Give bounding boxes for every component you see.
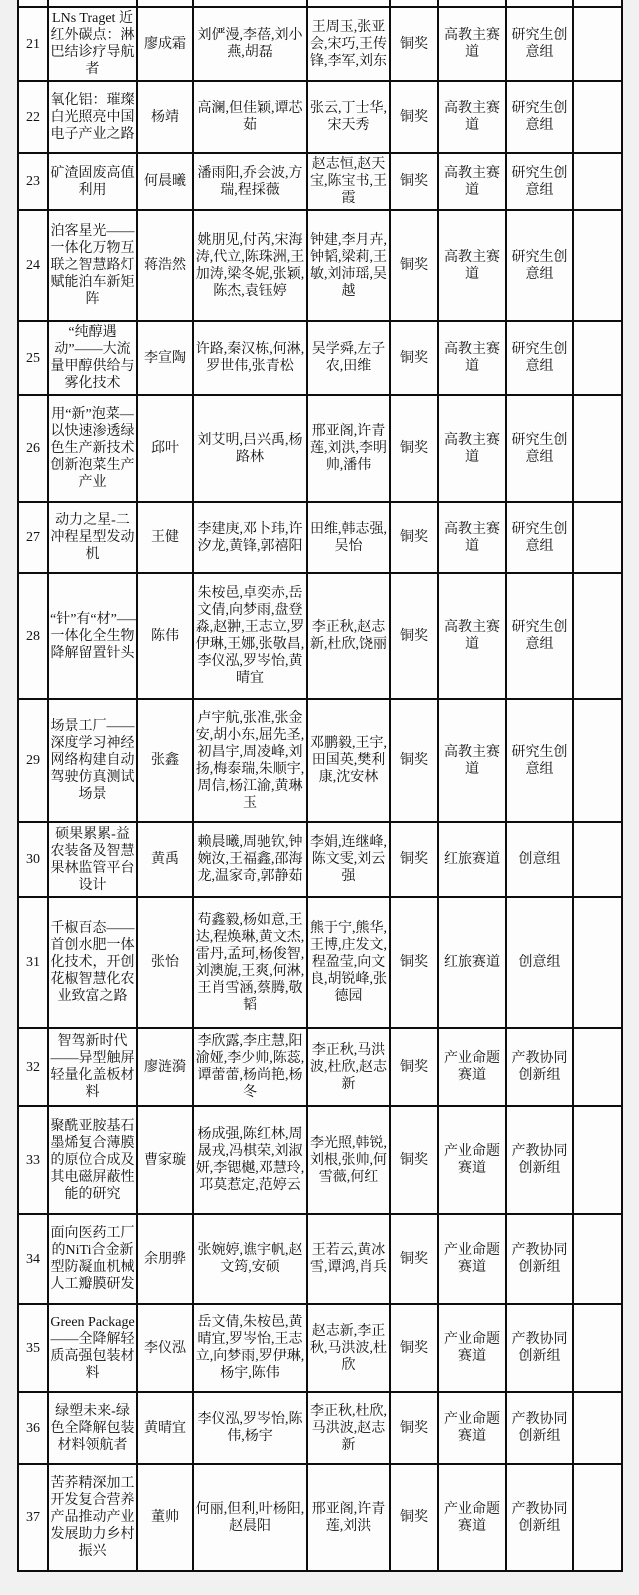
cell-num: 28 — [18, 573, 48, 699]
cell-extra — [573, 1304, 622, 1392]
cell-extra — [573, 7, 622, 81]
table-row: 30硕果累累-益农装备及智慧果林监管平台设计黄禹赖晨曦,周驰钦,钟婉汝,王福鑫,… — [18, 822, 622, 897]
cell-group: 产教协同创新组 — [506, 1106, 573, 1214]
cell-num: 24 — [18, 210, 48, 321]
cell-award: 铜奖 — [390, 1304, 438, 1392]
cell-project: 场景工厂——深度学习神经网络构建自动驾驶仿真测试场景 — [48, 699, 137, 822]
cell-track: 产业命题赛道 — [438, 1028, 506, 1106]
cell-members: 许路,秦汉栋,何淋,罗世伟,张青松 — [193, 321, 307, 395]
table-row: 35Green Package——全降解轻质高强包装材料李仪泓岳文倩,朱桉邑,黄… — [18, 1304, 622, 1392]
cell-award: 铜奖 — [390, 1464, 438, 1571]
cell-advisors: 田维,韩志强,吴怡 — [307, 502, 390, 573]
cell-award: 铜奖 — [390, 502, 438, 573]
cell-group: 研究生创意组 — [506, 153, 573, 210]
cell-track: 高教主赛道 — [438, 210, 506, 321]
cell-advisors: 李娟,连继峰,陈文雯,刘云强 — [307, 822, 390, 897]
cell-extra — [573, 81, 622, 153]
cell-project: 苦荞精深加工开发复合营养产品推动产业发展助力乡村振兴 — [48, 1464, 137, 1571]
partial-cell-leader — [137, 0, 193, 7]
cell-group: 研究生创意组 — [506, 321, 573, 395]
cell-leader: 王健 — [137, 502, 193, 573]
cell-project: 聚酰亚胺基石墨烯复合薄膜的原位合成及其电磁屏蔽性能的研究 — [48, 1106, 137, 1214]
cell-award: 铜奖 — [390, 1214, 438, 1304]
cell-members: 张婉婷,谯宇帆,赵文筠,安硕 — [193, 1214, 307, 1304]
cell-advisors: 李正秋,杜欣,马洪波,赵志新 — [307, 1392, 390, 1464]
cell-award: 铜奖 — [390, 7, 438, 81]
cell-num: 22 — [18, 81, 48, 153]
table-row: 21LNs Traget 近红外碳点：淋巴结诊疗导航者廖成霜刘俨漫,李蓓,刘小燕… — [18, 7, 622, 81]
cell-project: 氧化铝：璀璨白光照亮中国电子产业之路 — [48, 81, 137, 153]
cell-extra — [573, 1464, 622, 1571]
cell-project: 矿渣固废高值利用 — [48, 153, 137, 210]
cell-num: 26 — [18, 395, 48, 502]
cell-award: 铜奖 — [390, 699, 438, 822]
cell-project: 面向医药工厂的NiTi合金新型防凝血机械人工瓣膜研发 — [48, 1214, 137, 1304]
cell-extra — [573, 321, 622, 395]
cell-track: 红旅赛道 — [438, 822, 506, 897]
cell-extra — [573, 153, 622, 210]
cell-track: 红旅赛道 — [438, 897, 506, 1028]
partial-cell-advisors — [307, 0, 390, 7]
cell-leader: 邱叶 — [137, 395, 193, 502]
cell-group: 研究生创意组 — [506, 7, 573, 81]
cell-num: 36 — [18, 1392, 48, 1464]
cell-track: 高教主赛道 — [438, 153, 506, 210]
cell-project: 用“新”泡菜—以快速渗透绿色生产新技术创新泡菜生产产业 — [48, 395, 137, 502]
cell-num: 21 — [18, 7, 48, 81]
cell-extra — [573, 1214, 622, 1304]
cell-project: “针”有“材”——一体化全生物降解留置针头 — [48, 573, 137, 699]
cell-award: 铜奖 — [390, 210, 438, 321]
partial-cell-members — [193, 0, 307, 7]
cell-num: 25 — [18, 321, 48, 395]
partial-cell-project — [48, 0, 137, 7]
cell-advisors: 赵志恒,赵天宝,陈宝书,王霞 — [307, 153, 390, 210]
cell-track: 高教主赛道 — [438, 573, 506, 699]
cell-track: 高教主赛道 — [438, 502, 506, 573]
cell-members: 高澜,但佳颖,谭芯茹 — [193, 81, 307, 153]
cell-advisors: 王若云,黄冰雪,谭鸿,肖兵 — [307, 1214, 390, 1304]
cell-group: 产教协同创新组 — [506, 1464, 573, 1571]
cell-num: 37 — [18, 1464, 48, 1571]
cell-track: 高教主赛道 — [438, 395, 506, 502]
cell-leader: 李宣陶 — [137, 321, 193, 395]
partial-cell-award — [390, 0, 438, 7]
partial-cell-track — [438, 0, 506, 7]
cell-group: 研究生创意组 — [506, 210, 573, 321]
cell-advisors: 邢亚阁,许青莲,刘洪,李明帅,潘伟 — [307, 395, 390, 502]
cell-track: 产业命题赛道 — [438, 1392, 506, 1464]
cell-group: 研究生创意组 — [506, 699, 573, 822]
table-row: 33聚酰亚胺基石墨烯复合薄膜的原位合成及其电磁屏蔽性能的研究曹家璇杨成强,陈红林… — [18, 1106, 622, 1214]
cell-leader: 陈伟 — [137, 573, 193, 699]
cell-leader: 董帅 — [137, 1464, 193, 1571]
table-row: 28“针”有“材”——一体化全生物降解留置针头陈伟朱桉邑,卓奕赤,岳文倩,向梦雨… — [18, 573, 622, 699]
cell-group: 创意组 — [506, 822, 573, 897]
cell-advisors: 邢亚阁,许青莲,刘洪 — [307, 1464, 390, 1571]
cell-num: 34 — [18, 1214, 48, 1304]
cell-group: 产教协同创新组 — [506, 1214, 573, 1304]
cell-leader: 黄晴宜 — [137, 1392, 193, 1464]
cell-award: 铜奖 — [390, 395, 438, 502]
cell-extra — [573, 1028, 622, 1106]
cell-leader: 杨靖 — [137, 81, 193, 153]
cell-group: 产教协同创新组 — [506, 1028, 573, 1106]
cell-leader: 何晨曦 — [137, 153, 193, 210]
cell-advisors: 李正秋,马洪波,杜欣,赵志新 — [307, 1028, 390, 1106]
cell-leader: 张鑫 — [137, 699, 193, 822]
table-row: 31千椒百态——首创水肥一体化技术，开创花椒智慧化农业致富之路张怡苟鑫毅,杨如意… — [18, 897, 622, 1028]
cell-track: 产业命题赛道 — [438, 1106, 506, 1214]
cell-num: 30 — [18, 822, 48, 897]
cell-members: 李欣露,李庄慧,阳渝娅,李少帅,陈蕊,谭蕾蕾,杨尚艳,杨冬 — [193, 1028, 307, 1106]
cell-track: 高教主赛道 — [438, 7, 506, 81]
cell-award: 铜奖 — [390, 573, 438, 699]
cell-advisors: 李正秋,赵志新,杜欣,饶丽 — [307, 573, 390, 699]
cell-award: 铜奖 — [390, 153, 438, 210]
table-row: 22氧化铝：璀璨白光照亮中国电子产业之路杨靖高澜,但佳颖,谭芯茹张云,丁士华,宋… — [18, 81, 622, 153]
cell-leader: 李仪泓 — [137, 1304, 193, 1392]
cell-num: 35 — [18, 1304, 48, 1392]
cell-members: 李仪泓,罗岑怡,陈伟,杨宇 — [193, 1392, 307, 1464]
cell-leader: 余朋骅 — [137, 1214, 193, 1304]
cell-project: 千椒百态——首创水肥一体化技术，开创花椒智慧化农业致富之路 — [48, 897, 137, 1028]
cell-project: 智驾新时代——异型触屏轻量化盖板材料 — [48, 1028, 137, 1106]
cell-group: 研究生创意组 — [506, 573, 573, 699]
table-row: 34面向医药工厂的NiTi合金新型防凝血机械人工瓣膜研发余朋骅张婉婷,谯宇帆,赵… — [18, 1214, 622, 1304]
cell-members: 刘俨漫,李蓓,刘小燕,胡磊 — [193, 7, 307, 81]
cell-extra — [573, 210, 622, 321]
cell-extra — [573, 897, 622, 1028]
cell-members: 姚朋见,付芮,宋海涛,代立,陈珠洲,王加涛,梁冬妮,张颖,陈杰,袁钰婷 — [193, 210, 307, 321]
cell-extra — [573, 573, 622, 699]
cell-track: 高教主赛道 — [438, 699, 506, 822]
cell-advisors: 钟建,李月卉,钟韬,梁莉,王敏,刘沛瑶,吴越 — [307, 210, 390, 321]
cell-advisors: 张云,丁士华,宋天秀 — [307, 81, 390, 153]
cell-award: 铜奖 — [390, 1392, 438, 1464]
cell-leader: 廖涟漪 — [137, 1028, 193, 1106]
cell-members: 潘雨阳,乔会波,方瑞,程採薇 — [193, 153, 307, 210]
cell-members: 苟鑫毅,杨如意,王达,程焕琳,黄文杰,雷丹,孟珂,杨俊智,刘澳旎,王爽,何淋,王… — [193, 897, 307, 1028]
cell-advisors: 李光照,韩锐,刘根,张帅,何雪薇,何红 — [307, 1106, 390, 1214]
cell-project: 硕果累累-益农装备及智慧果林监管平台设计 — [48, 822, 137, 897]
cell-award: 铜奖 — [390, 897, 438, 1028]
partial-cell-group — [506, 0, 573, 7]
cell-members: 何丽,但利,叶杨阳,赵晨阳 — [193, 1464, 307, 1571]
cell-extra — [573, 1392, 622, 1464]
cell-leader: 蒋浩然 — [137, 210, 193, 321]
cell-members: 杨成强,陈红林,周晟戎,冯棋荣,刘淑妍,李锶樾,邓慧玲,邛莫惹定,范婷云 — [193, 1106, 307, 1214]
cell-group: 产教协同创新组 — [506, 1304, 573, 1392]
cell-track: 高教主赛道 — [438, 81, 506, 153]
cell-award: 铜奖 — [390, 1106, 438, 1214]
cell-members: 李建庚,邓卜玮,许汐龙,黄锋,郭禧阳 — [193, 502, 307, 573]
cell-group: 创意组 — [506, 897, 573, 1028]
cell-track: 产业命题赛道 — [438, 1304, 506, 1392]
cell-num: 29 — [18, 699, 48, 822]
cell-advisors: 赵志新,李正秋,马洪波,杜欣 — [307, 1304, 390, 1392]
award-list-page: 21LNs Traget 近红外碳点：淋巴结诊疗导航者廖成霜刘俨漫,李蓓,刘小燕… — [0, 0, 639, 1595]
table-row: 23矿渣固废高值利用何晨曦潘雨阳,乔会波,方瑞,程採薇赵志恒,赵天宝,陈宝书,王… — [18, 153, 622, 210]
table-row: 27动力之星-二冲程星型发动机王健李建庚,邓卜玮,许汐龙,黄锋,郭禧阳田维,韩志… — [18, 502, 622, 573]
cell-extra — [573, 822, 622, 897]
partial-cell-extra — [573, 0, 622, 7]
cell-group: 产教协同创新组 — [506, 1392, 573, 1464]
cell-award: 铜奖 — [390, 1028, 438, 1106]
table-row: 36绿塑未来-绿色全降解包装材料领航者黄晴宜李仪泓,罗岑怡,陈伟,杨宇李正秋,杜… — [18, 1392, 622, 1464]
cell-leader: 廖成霜 — [137, 7, 193, 81]
cell-project: “纯醇遇动”——大流量甲醇供给与雾化技术 — [48, 321, 137, 395]
cell-members: 朱桉邑,卓奕赤,岳文倩,向梦雨,盘登淼,赵翀,王志立,罗伊琳,王娜,张敬昌,李仪… — [193, 573, 307, 699]
cell-extra — [573, 502, 622, 573]
partial-row-top — [18, 0, 622, 7]
cell-project: 动力之星-二冲程星型发动机 — [48, 502, 137, 573]
cell-award: 铜奖 — [390, 321, 438, 395]
cell-num: 32 — [18, 1028, 48, 1106]
cell-num: 27 — [18, 502, 48, 573]
table-row: 32智驾新时代——异型触屏轻量化盖板材料廖涟漪李欣露,李庄慧,阳渝娅,李少帅,陈… — [18, 1028, 622, 1106]
cell-award: 铜奖 — [390, 822, 438, 897]
cell-group: 研究生创意组 — [506, 81, 573, 153]
table-row: 37苦荞精深加工开发复合营养产品推动产业发展助力乡村振兴董帅何丽,但利,叶杨阳,… — [18, 1464, 622, 1571]
cell-advisors: 吴学舜,左子农,田维 — [307, 321, 390, 395]
cell-num: 31 — [18, 897, 48, 1028]
cell-members: 卢宇航,张准,张金安,胡小东,屈先圣,初昌宇,周凌峰,刘扬,梅泰瑞,朱顺宇,周信… — [193, 699, 307, 822]
cell-track: 高教主赛道 — [438, 321, 506, 395]
cell-num: 23 — [18, 153, 48, 210]
cell-award: 铜奖 — [390, 81, 438, 153]
cell-members: 赖晨曦,周驰钦,钟婉汝,王福鑫,邵海龙,温家奇,郭静茹 — [193, 822, 307, 897]
cell-project: Green Package——全降解轻质高强包装材料 — [48, 1304, 137, 1392]
table-row: 29场景工厂——深度学习神经网络构建自动驾驶仿真测试场景张鑫卢宇航,张准,张金安… — [18, 699, 622, 822]
cell-project: 绿塑未来-绿色全降解包装材料领航者 — [48, 1392, 137, 1464]
cell-advisors: 邓鹏毅,王宇,田国英,樊利康,沈安林 — [307, 699, 390, 822]
cell-leader: 张怡 — [137, 897, 193, 1028]
cell-group: 研究生创意组 — [506, 502, 573, 573]
cell-extra — [573, 1106, 622, 1214]
cell-leader: 黄禹 — [137, 822, 193, 897]
cell-members: 刘艾明,吕兴禹,杨路林 — [193, 395, 307, 502]
cell-members: 岳文倩,朱桉邑,黄晴宜,罗岑怡,王志立,向梦雨,罗伊琳,杨宇,陈伟 — [193, 1304, 307, 1392]
table-row: 25“纯醇遇动”——大流量甲醇供给与雾化技术李宣陶许路,秦汉栋,何淋,罗世伟,张… — [18, 321, 622, 395]
cell-track: 产业命题赛道 — [438, 1464, 506, 1571]
cell-extra — [573, 699, 622, 822]
cell-project: 泊客星光——一体化万物互联之智慧路灯赋能泊车新矩阵 — [48, 210, 137, 321]
cell-leader: 曹家璇 — [137, 1106, 193, 1214]
cell-group: 研究生创意组 — [506, 395, 573, 502]
cell-num: 33 — [18, 1106, 48, 1214]
table-row: 24泊客星光——一体化万物互联之智慧路灯赋能泊车新矩阵蒋浩然姚朋见,付芮,宋海涛… — [18, 210, 622, 321]
cell-extra — [573, 395, 622, 502]
cell-track: 产业命题赛道 — [438, 1214, 506, 1304]
table-row: 26用“新”泡菜—以快速渗透绿色生产新技术创新泡菜生产产业邱叶刘艾明,吕兴禹,杨… — [18, 395, 622, 502]
partial-cell-num — [18, 0, 48, 7]
cell-advisors: 王周玉,张亚会,宋巧,王传锋,李军,刘东 — [307, 7, 390, 81]
cell-advisors: 熊于宁,熊华,王博,庄发文,程盈莹,向文良,胡锐峰,张德园 — [307, 897, 390, 1028]
cell-project: LNs Traget 近红外碳点：淋巴结诊疗导航者 — [48, 7, 137, 81]
awards-table: 21LNs Traget 近红外碳点：淋巴结诊疗导航者廖成霜刘俨漫,李蓓,刘小燕… — [17, 0, 623, 1572]
